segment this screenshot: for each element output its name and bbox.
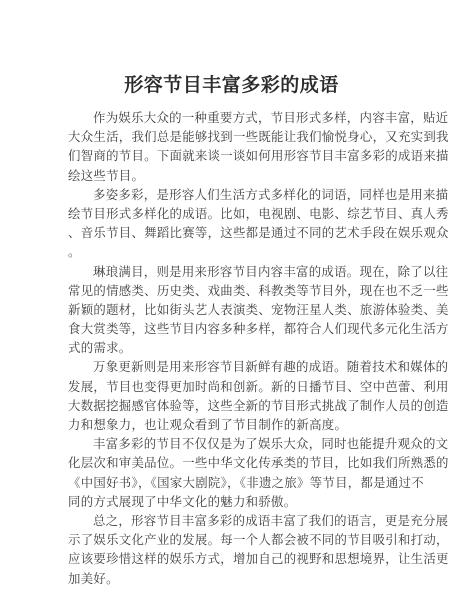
text-line: 力和想象力，也让观众看到了节目制作的新高度。 — [68, 415, 394, 434]
text-line: 常见的情感类、历史类、戏曲类、科教类等节目外，现在也不乏一些 — [68, 281, 394, 300]
text-line: 多姿多彩，是形容人们生活方式多样化的词语，同样也是用来描 — [68, 185, 394, 204]
text-line: 总之，形容节目丰富多彩的成语丰富了我们的语言，更是充分展 — [68, 511, 394, 530]
text-line: 绘节目形式多样化的成语。比如，电视剧、电影、综艺节目、真人秀 — [68, 204, 394, 223]
text-line: 示了娱乐文化产业的发展。每一个人都会被不同的节目吸引和打动， — [68, 530, 394, 549]
text-line: 作为娱乐大众的一种重要方式，节目形式多样，内容丰富，贴近 — [68, 108, 394, 127]
text-line: 。 — [68, 242, 394, 261]
text-line: 同的方式展现了中华文化的魅力和骄傲。 — [68, 492, 394, 511]
text-line: 应该要珍惜这样的娱乐方式，增加自己的视野和思想境界，让生活更 — [68, 549, 394, 568]
text-line: 加美好。 — [68, 569, 394, 588]
text-line: 式的需求。 — [68, 338, 394, 357]
text-line: 大众生活，我们总是能够找到一些既能让我们愉悦身心，又充实到我 — [68, 127, 394, 146]
text-line: 新颖的题材，比如街头艺人表演类、宠物汪星人类、旅游体验类、美 — [68, 300, 394, 319]
document-body: 作为娱乐大众的一种重要方式，节目形式多样，内容丰富，贴近大众生活，我们总是能够找… — [68, 108, 394, 588]
document-page: 形容节目丰富多彩的成语 作为娱乐大众的一种重要方式，节目形式多样，内容丰富，贴近… — [0, 0, 463, 600]
text-line: 万象更新则是用来形容节目新鲜有趣的成语。随着技术和媒体的 — [68, 357, 394, 376]
text-line: 大数据挖掘感官体验等，这些全新的节目形式挑战了制作人员的创造 — [68, 396, 394, 415]
text-line: 琳琅满目，则是用来形容节目内容丰富的成语。现在，除了以往 — [68, 262, 394, 281]
text-line: 丰富多彩的节目不仅仅是为了娱乐大众，同时也能提升观众的文 — [68, 434, 394, 453]
text-line: 《中国好书》，《国家大剧院》，《非遗之旅》等节目，都是通过不 — [68, 473, 394, 492]
document-title: 形容节目丰富多彩的成语 — [0, 70, 463, 97]
text-line: 们智商的节目。下面就来谈一谈如何用形容节目丰富多彩的成语来描 — [68, 146, 394, 165]
text-line: 发展，节目也变得更加时尚和创新。新的日播节目、空中芭蕾、利用 — [68, 377, 394, 396]
text-line: 绘这些节目。 — [68, 166, 394, 185]
text-line: 化层次和审美品位。一些中华文化传承类的节目，比如我们所熟悉的 — [68, 453, 394, 472]
text-line: 食大赏类等，这些节目内容多种多样，都符合人们现代多元化生活方 — [68, 319, 394, 338]
text-line: 、音乐节目、舞蹈比赛等，这些都是通过不同的艺术手段在娱乐观众 — [68, 223, 394, 242]
